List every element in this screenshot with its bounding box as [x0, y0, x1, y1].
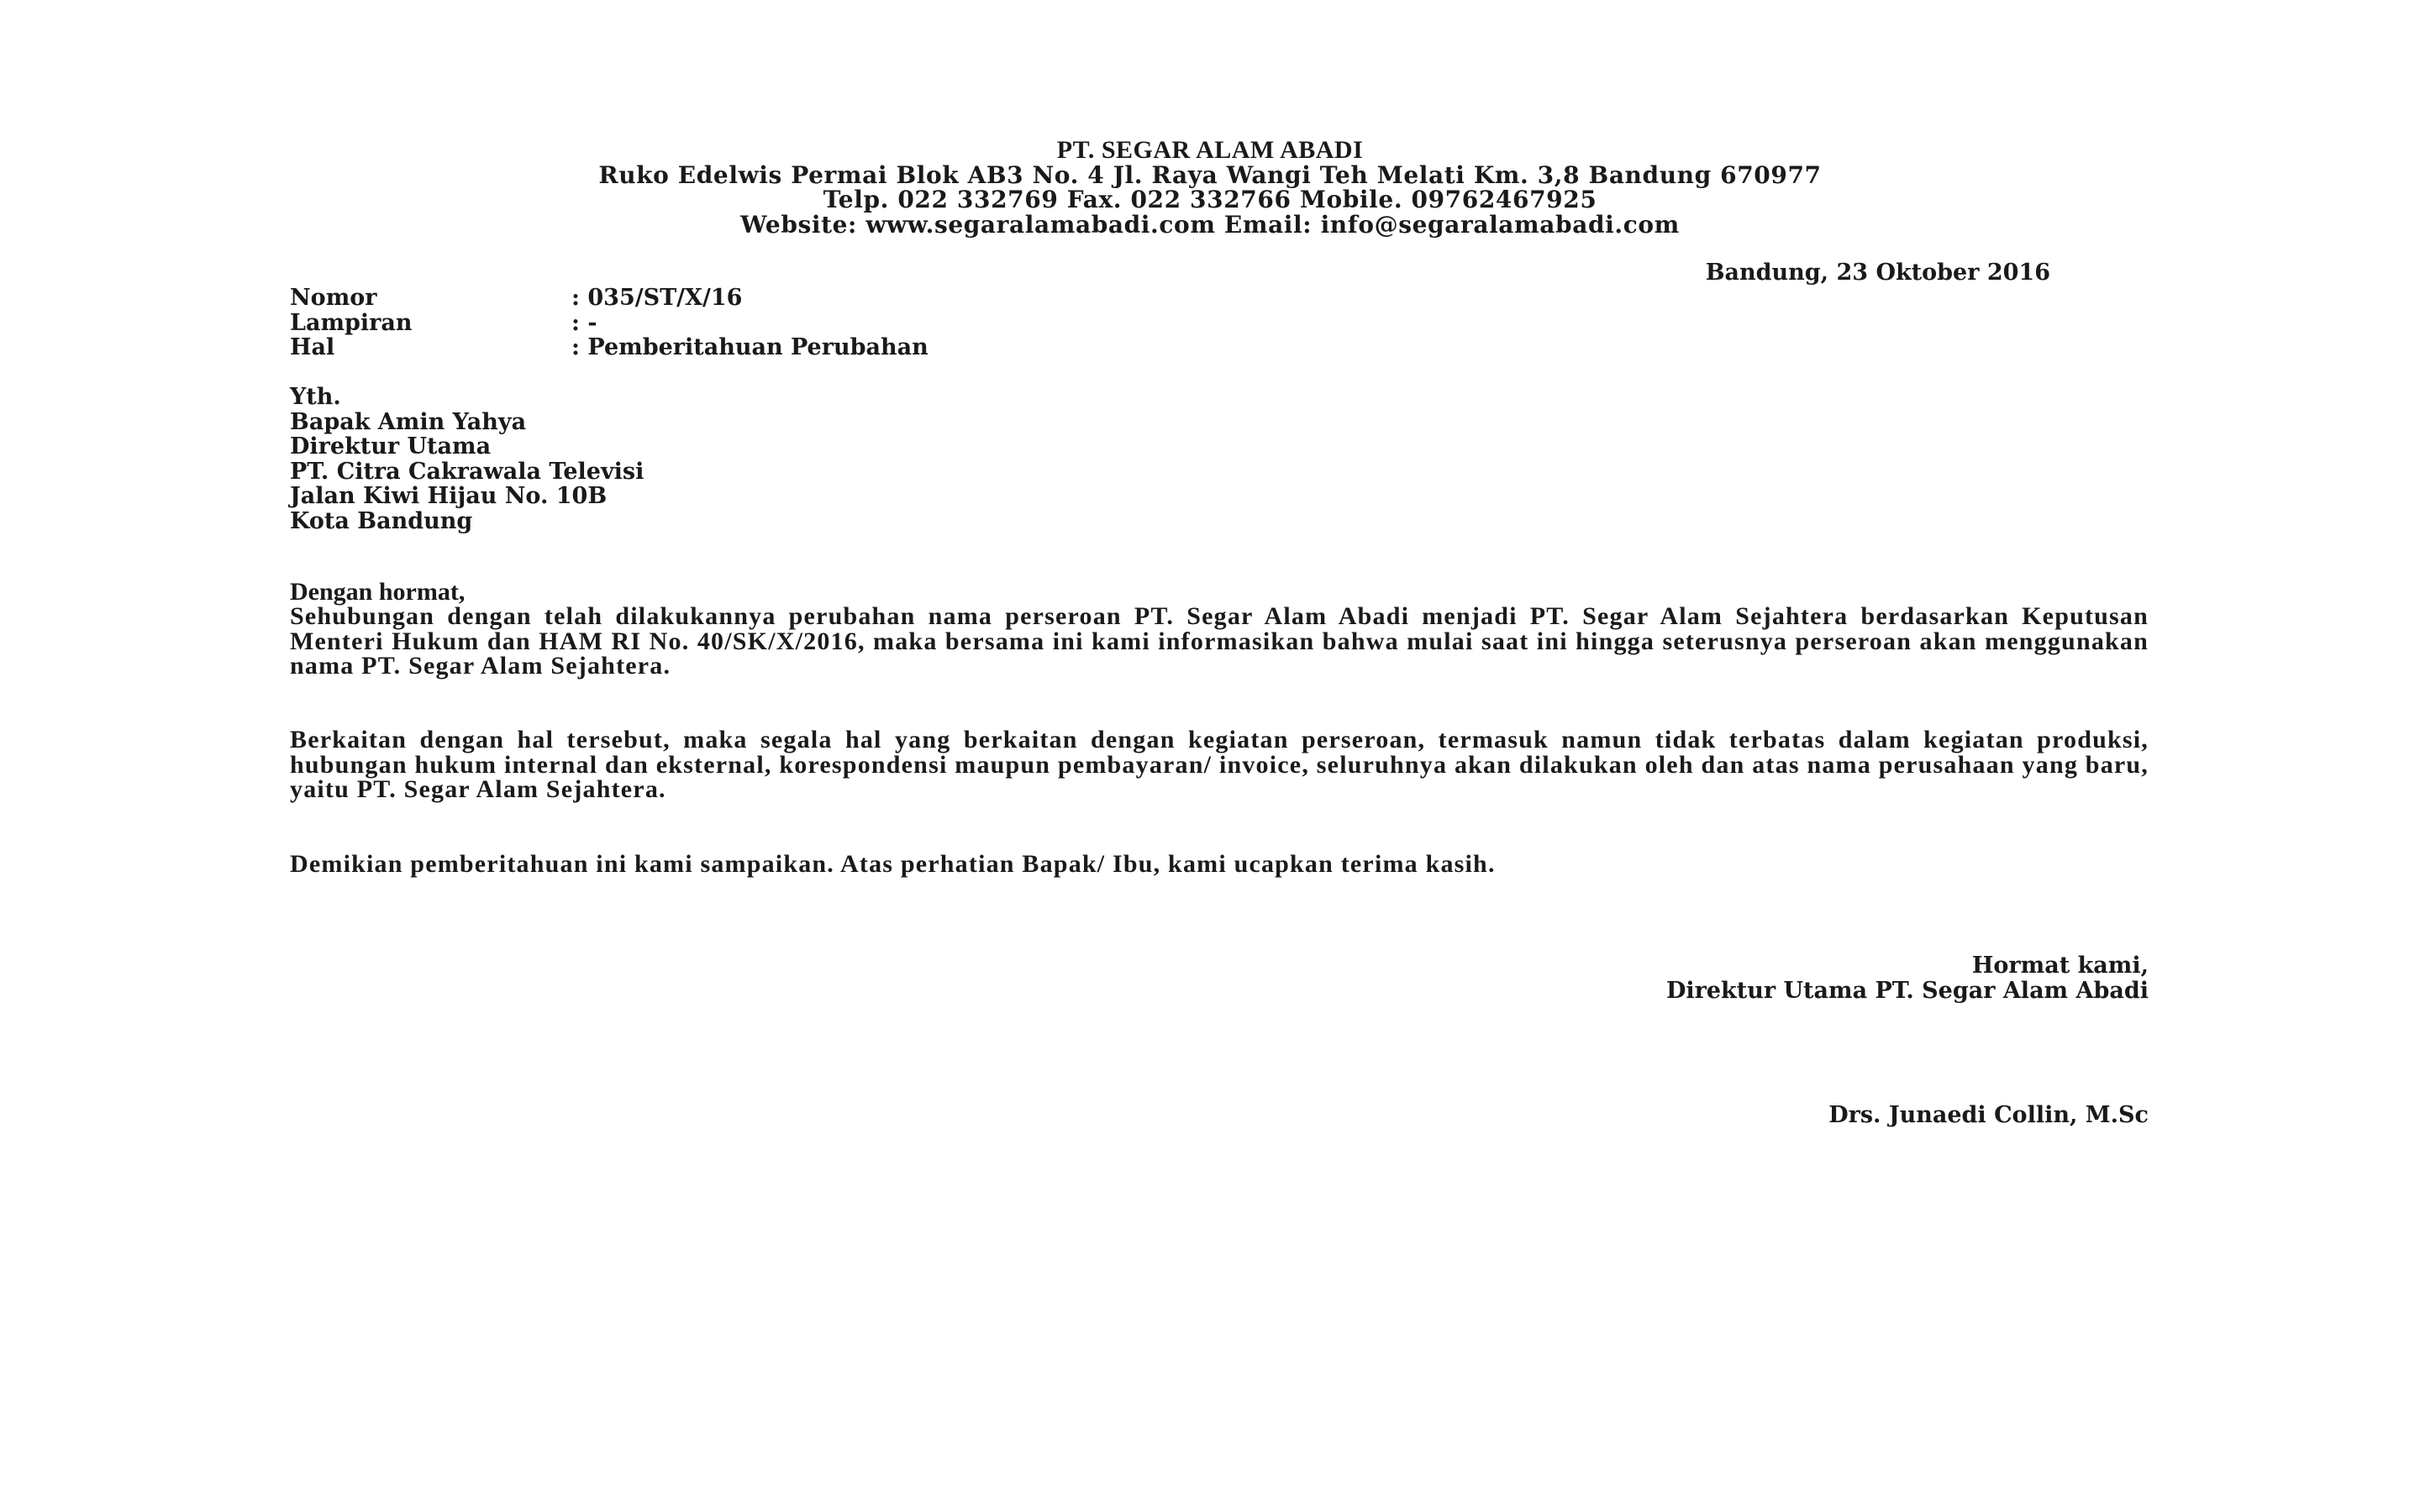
- meta-row-lampiran: Lampiran : -: [290, 311, 929, 336]
- letter-page: PT. SEGAR ALAM ABADI Ruko Edelwis Permai…: [0, 0, 2420, 1512]
- recipient-title: Direktur Utama: [290, 434, 644, 459]
- body-paragraph: Berkaitan dengan hal tersebut, maka sega…: [290, 727, 2149, 802]
- body-paragraph: Sehubungan dengan telah dilakukannya per…: [290, 604, 2149, 679]
- greeting: Dengan hormat,: [290, 580, 465, 605]
- recipient-company: PT. Citra Cakrawala Televisi: [290, 459, 644, 485]
- company-address: Ruko Edelwis Permai Blok AB3 No. 4 Jl. R…: [0, 163, 2420, 188]
- meta-label: Nomor: [290, 286, 571, 311]
- company-web-email: Website: www.segaralamabadi.com Email: i…: [0, 213, 2420, 238]
- meta-value: : -: [571, 311, 597, 336]
- letterhead: PT. SEGAR ALAM ABADI Ruko Edelwis Permai…: [0, 138, 2420, 237]
- recipient-name: Bapak Amin Yahya: [290, 410, 644, 435]
- recipient-city: Kota Bandung: [290, 509, 644, 534]
- signer-position: Direktur Utama PT. Segar Alam Abadi: [1666, 979, 2149, 1004]
- signature-block: Hormat kami, Direktur Utama PT. Segar Al…: [1666, 953, 2149, 1003]
- letter-meta: Nomor : 035/ST/X/16 Lampiran : - Hal : P…: [290, 286, 929, 360]
- recipient-salutation: Yth.: [290, 385, 644, 410]
- company-phones: Telp. 022 332769 Fax. 022 332766 Mobile.…: [0, 187, 2420, 213]
- body-paragraph: Demikian pemberitahuan ini kami sampaika…: [290, 852, 2149, 877]
- meta-row-nomor: Nomor : 035/ST/X/16: [290, 286, 929, 311]
- recipient-block: Yth. Bapak Amin Yahya Direktur Utama PT.…: [290, 385, 644, 533]
- letter-date: Bandung, 23 Oktober 2016: [1706, 260, 2050, 286]
- meta-value: : Pemberitahuan Perubahan: [571, 335, 929, 360]
- company-name: PT. SEGAR ALAM ABADI: [0, 138, 2420, 163]
- meta-value: : 035/ST/X/16: [571, 286, 742, 311]
- closing: Hormat kami,: [1666, 953, 2149, 979]
- signer-name: Drs. Junaedi Collin, M.Sc: [1828, 1103, 2149, 1128]
- meta-label: Lampiran: [290, 311, 571, 336]
- recipient-street: Jalan Kiwi Hijau No. 10B: [290, 484, 644, 509]
- meta-row-hal: Hal : Pemberitahuan Perubahan: [290, 335, 929, 360]
- meta-label: Hal: [290, 335, 571, 360]
